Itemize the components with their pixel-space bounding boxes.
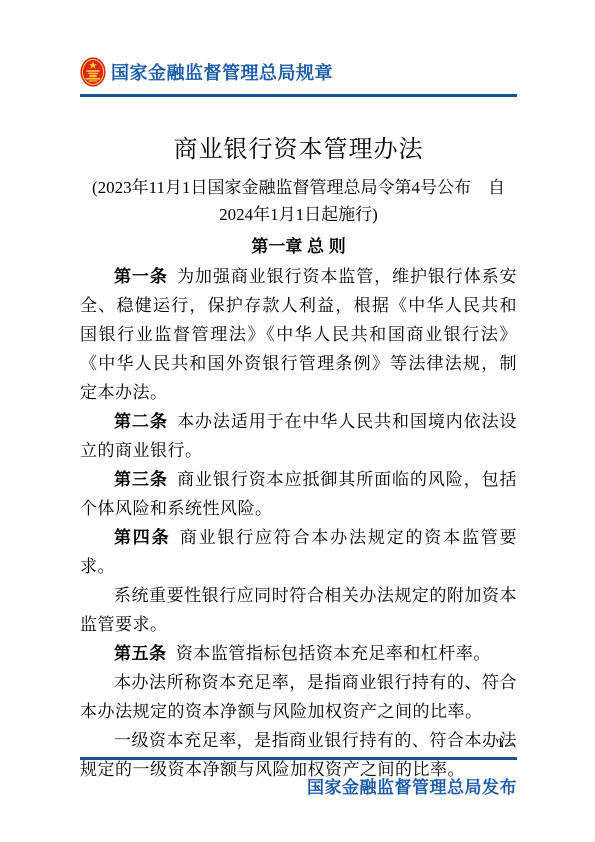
document-body: 商业银行资本管理办法 (2023年11月1日国家金融监督管理总局令第4号公布 自… [0, 129, 595, 784]
paragraphs-section: 第一条为加强商业银行资本监管，维护银行体系安全、稳健运行，保护存款人利益，根据《… [80, 262, 517, 784]
paragraph: 第四条商业银行应符合本办法规定的资本监管要求。 [80, 523, 517, 581]
footer-rule [80, 757, 517, 760]
footer-publisher: 国家金融监督管理总局发布 [80, 773, 517, 798]
chapter-heading: 第一章 总 则 [80, 232, 517, 261]
paragraph: 第一条为加强商业银行资本监管，维护银行体系安全、稳健运行，保护存款人利益，根据《… [80, 262, 517, 407]
article-text: 系统重要性银行应同时符合相关办法规定的附加资本监管要求。 [80, 586, 517, 634]
header-org-title: 国家金融监督管理总局规章 [111, 59, 333, 85]
paragraph: 系统重要性银行应同时符合相关办法规定的附加资本监管要求。 [80, 581, 517, 639]
china-national-emblem-icon [80, 57, 106, 87]
page-footer: - 1 - 国家金融监督管理总局发布 [80, 736, 517, 798]
page-number: - 1 - [80, 736, 517, 752]
article-label: 第五条 [114, 644, 167, 663]
document-page: 国家金融监督管理总局规章 商业银行资本管理办法 (2023年11月1日国家金融监… [0, 0, 595, 842]
paragraph: 第二条本办法适用于在中华人民共和国境内依法设立的商业银行。 [80, 407, 517, 465]
article-label: 第一条 [114, 267, 168, 286]
subtitle-line-2: 2024年1月1日起施行) [80, 201, 517, 228]
article-label: 第四条 [114, 528, 170, 547]
article-text: 为加强商业银行资本监管，维护银行体系安全、稳健运行，保护存款人利益，根据《中华人… [80, 267, 517, 402]
article-text: 资本监管指标包括资本充足率和杠杆率。 [176, 644, 491, 663]
paragraph: 第三条商业银行资本应抵御其所面临的风险，包括个体风险和系统性风险。 [80, 465, 517, 523]
document-title: 商业银行资本管理办法 [80, 129, 517, 164]
page-header: 国家金融监督管理总局规章 [0, 0, 595, 97]
document-subtitle: (2023年11月1日国家金融监督管理总局令第4号公布 自 2024年1月1日起… [80, 174, 517, 228]
article-label: 第三条 [114, 470, 168, 489]
article-text: 本办法所称资本充足率，是指商业银行持有的、符合本办法规定的资本净额与风险加权资产… [80, 673, 517, 721]
paragraph: 本办法所称资本充足率，是指商业银行持有的、符合本办法规定的资本净额与风险加权资产… [80, 668, 517, 726]
header-rule [80, 94, 517, 97]
article-label: 第二条 [114, 412, 168, 431]
subtitle-line-1: (2023年11月1日国家金融监督管理总局令第4号公布 自 [80, 174, 517, 201]
paragraph: 第五条资本监管指标包括资本充足率和杠杆率。 [80, 639, 517, 668]
header-row: 国家金融监督管理总局规章 [80, 57, 517, 87]
